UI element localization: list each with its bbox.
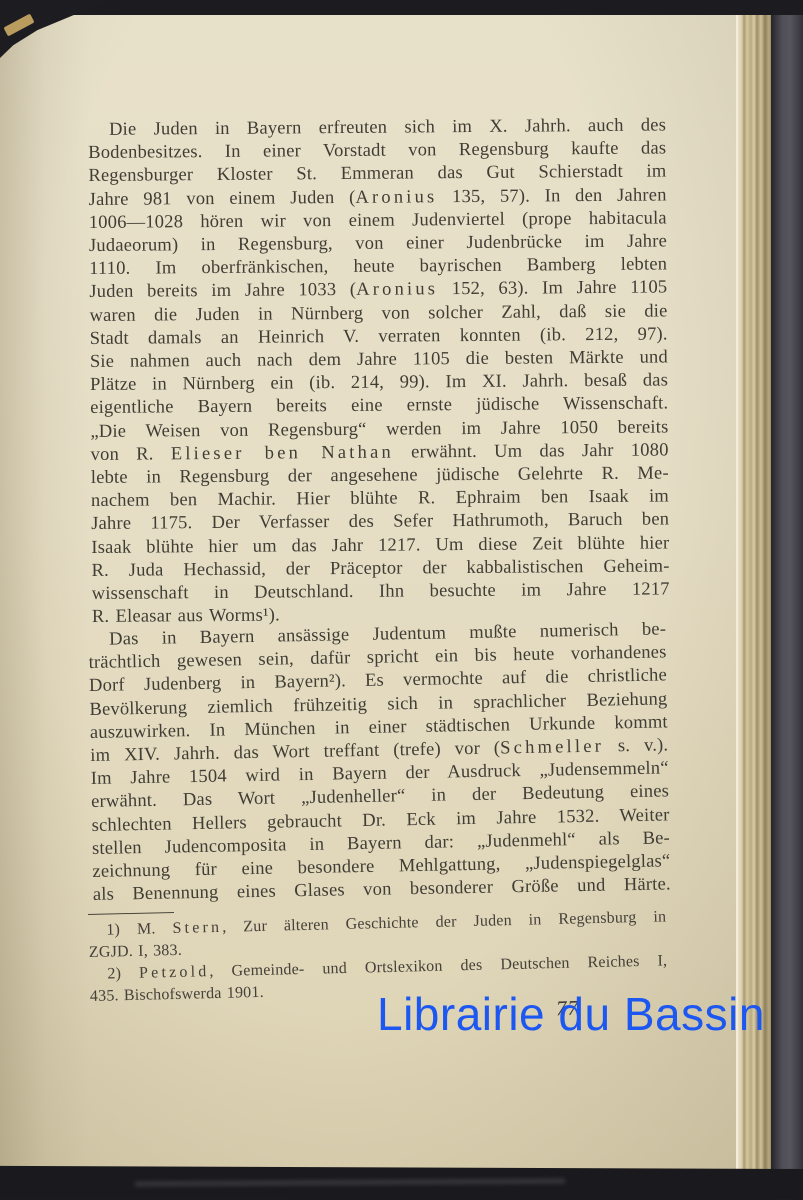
text-line: wissenschaft in Deutschland. Ihn besucht…: [92, 579, 670, 607]
paragraph: Die Juden in Bayern erfreuten sich im X.…: [88, 114, 670, 629]
paragraph: Das in Bayern ansässige Judentum mußte n…: [88, 619, 671, 908]
book-photo: Die Juden in Bayern erfreuten sich im X.…: [0, 0, 803, 1200]
printed-text: Die Juden in Bayern erfreuten sich im X.…: [88, 119, 666, 1008]
footnote-separator: [88, 912, 174, 915]
book-cover-edge: [771, 0, 803, 1200]
watermark: Librairie du Bassin: [377, 990, 765, 1038]
backdrop-top: [0, 0, 803, 15]
